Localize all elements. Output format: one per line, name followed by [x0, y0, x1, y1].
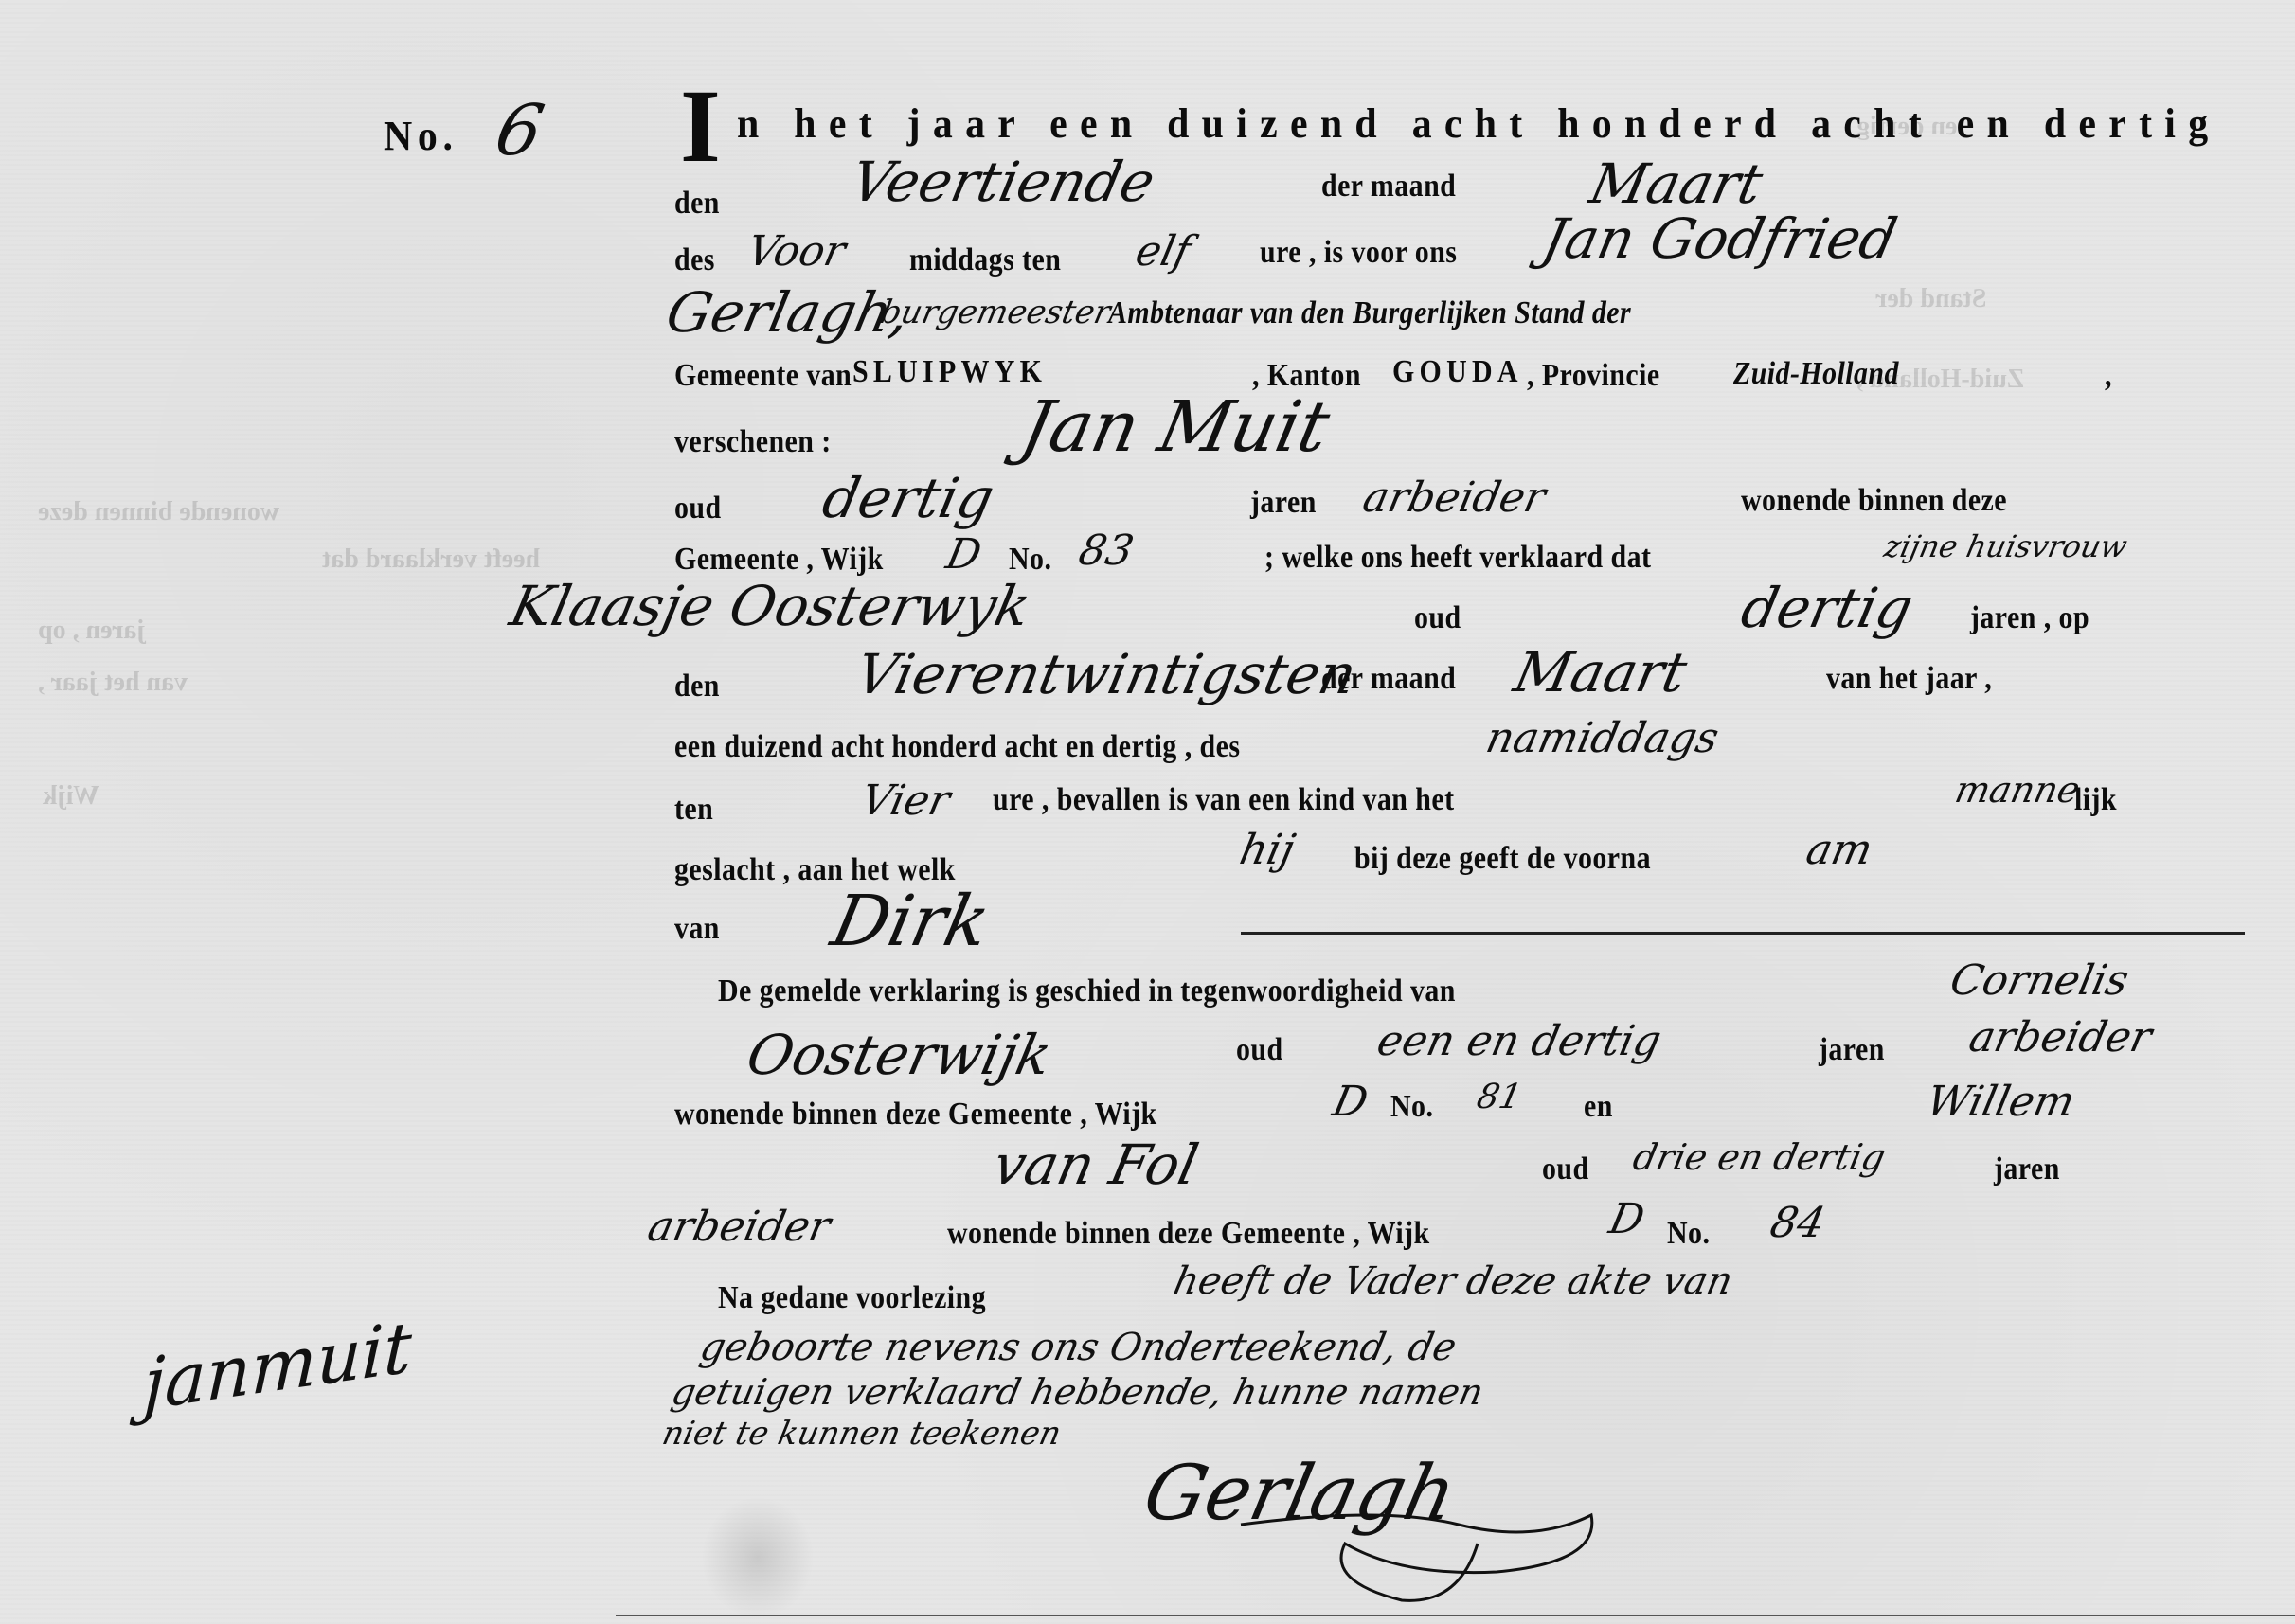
hw-closing-line-4: niet te kunnen teekenen [659, 1415, 1065, 1453]
hw-closing-line-3: getuigen verklaard hebbende, hunne namen [668, 1371, 1487, 1413]
hw-witness1-last-name: Oosterwijk [742, 1023, 1057, 1087]
printed-van-het-jaar: van het jaar , [1826, 661, 1992, 697]
printed-des: des [674, 242, 715, 278]
printed-den-2: den [674, 669, 720, 705]
hw-witness1-house-number: 81 [1474, 1078, 1526, 1116]
hw-witness2-house-number: 84 [1766, 1199, 1830, 1247]
hw-witness2-first-name: Willem [1923, 1078, 2079, 1126]
printed-welke-ons-heeft-verklaard: ; welke ons heeft verklaard dat [1264, 540, 1651, 576]
hw-daypart: Voor [744, 227, 851, 276]
printed-oud: oud [674, 491, 722, 526]
printed-ten: ten [674, 792, 713, 828]
hw-declarant-name: Jan Muit [1014, 386, 1336, 468]
page-edge [616, 1615, 2295, 1616]
printed-oud-3: oud [1236, 1032, 1283, 1068]
printed-wonende-binnen-deze: wonende binnen deze [1741, 483, 2007, 519]
record-number: 6 [489, 90, 550, 171]
hw-official-title: burgemeester [877, 294, 1114, 331]
hw-birth-daypart: namiddags [1482, 714, 1724, 762]
bleedthrough-text: jaren , op [38, 616, 146, 646]
hw-name-suffix: am [1802, 826, 1877, 874]
printed-der-maand: der maand [1321, 169, 1456, 205]
printed-line-1: n het jaar een duizend acht honderd acht… [737, 99, 2220, 148]
hw-witness1-wijk: D [1329, 1078, 1372, 1126]
hw-witness2-wijk: D [1605, 1195, 1649, 1243]
hw-closing-line-2: geboorte nevens ons Onderteekend, de [696, 1326, 1461, 1369]
printed-na-gedane-voorlezing: Na gedane voorlezing [718, 1280, 986, 1316]
printed-oud-4: oud [1542, 1151, 1589, 1187]
printed-den: den [674, 186, 720, 222]
printed-bevallen-is: ure , bevallen is van een kind van het [993, 782, 1454, 818]
hw-hour: elf [1132, 227, 1195, 276]
printed-lijk: lijk [2074, 782, 2117, 818]
record-number-label: No. [384, 112, 458, 160]
hw-birth-month: Maart [1509, 640, 1693, 705]
printed-no-3: No. [1667, 1216, 1710, 1252]
province-name: Zuid-Holland [1733, 356, 1899, 392]
printed-middags-ten: middags ten [909, 242, 1061, 278]
printed-wonende-wijk: wonende binnen deze Gemeente , Wijk [674, 1097, 1157, 1133]
hw-mother-age: dertig [1736, 576, 1919, 640]
bleedthrough-text: heeft verklaard dat [322, 544, 540, 575]
printed-no-2: No. [1390, 1089, 1433, 1125]
paper-stain [701, 1496, 815, 1619]
birth-certificate-page: en dertig Stand der Zuid-Holland , wonen… [0, 0, 2295, 1624]
hw-mother-name: Klaasje Oosterwyk [505, 574, 1036, 638]
hw-witness2-last-name: van Fol [988, 1133, 1204, 1197]
printed-oud-2: oud [1414, 600, 1461, 636]
hw-birth-day: Vierentwintigsten [851, 642, 1362, 706]
printed-van: van [674, 911, 720, 947]
bleedthrough-text: wonende binnen deze [38, 497, 279, 527]
canton-name: GOUDA [1392, 354, 1523, 390]
drop-cap: I [680, 74, 721, 178]
hw-day: Veertiende [846, 150, 1160, 214]
printed-wonende-wijk-2: wonende binnen deze Gemeente , Wijk [947, 1216, 1430, 1252]
hw-declarant-wijk: D [942, 530, 986, 579]
printed-gemeente-wijk: Gemeente , Wijk [674, 542, 884, 578]
hw-sex: manne [1951, 769, 2083, 811]
printed-no: No. [1009, 542, 1051, 578]
hw-pronoun: hij [1236, 826, 1300, 874]
hw-closing-line-1: heeft de Vader deze akte van [1170, 1259, 1736, 1303]
hw-declarant-occupation: arbeider [1359, 473, 1551, 522]
bleedthrough-text: van het jaar , [38, 668, 188, 698]
bleedthrough-text: Stand der [1875, 284, 1986, 314]
hw-birth-hour: Vier [857, 776, 955, 825]
hw-relation: zijne huisvrouw [1881, 528, 2130, 564]
printed-line-4: Ambtenaar van den Burgerlijken Stand der [1108, 295, 1631, 331]
printed-jaren: jaren [1250, 485, 1317, 521]
bleedthrough-text: Wijk [43, 781, 99, 812]
printed-jaren-3: jaren [1994, 1151, 2060, 1187]
hw-declarant-house-number: 83 [1075, 526, 1139, 575]
hw-witness2-age: drie en dertig [1629, 1136, 1889, 1178]
printed-verschenen: verschenen : [674, 424, 832, 460]
hw-official-last-name: Gerlagh, [661, 280, 916, 345]
hw-witness1-first-name: Cornelis [1946, 956, 2133, 1005]
printed-bij-deze-geeft: bij deze geeft de voorna [1354, 841, 1651, 877]
hw-child-name: Dirk [825, 881, 996, 962]
printed-gemelde-verklaring: De gemelde verklaring is geschied in teg… [718, 973, 1456, 1009]
municipality-name: SLUIPWYK [852, 354, 1047, 390]
printed-provincie: , Provincie [1527, 358, 1660, 394]
printed-jaren-op: jaren , op [1970, 600, 2089, 636]
signature-flourish [1212, 1487, 1610, 1619]
printed-gemeente-van: Gemeente van [674, 358, 852, 394]
hw-witness2-occupation: arbeider [644, 1203, 835, 1251]
printed-ure-is-voor-ons: ure , is voor ons [1260, 235, 1457, 271]
signature-declarant: janmuit [142, 1306, 413, 1426]
printed-comma: , [2105, 358, 2112, 394]
hw-declarant-age: dertig [817, 466, 1000, 530]
printed-jaren-2: jaren [1819, 1032, 1885, 1068]
hw-official-first-name: Jan Godfried [1537, 206, 1903, 271]
hw-witness1-occupation: arbeider [1965, 1013, 2157, 1062]
printed-en: en [1584, 1089, 1613, 1125]
hw-witness1-age: een en dertig [1373, 1017, 1666, 1065]
printed-line-11: een duizend acht honderd acht en dertig … [674, 729, 1240, 765]
fill-line [1241, 932, 2245, 935]
printed-der-maand-2: der maand [1321, 661, 1456, 697]
